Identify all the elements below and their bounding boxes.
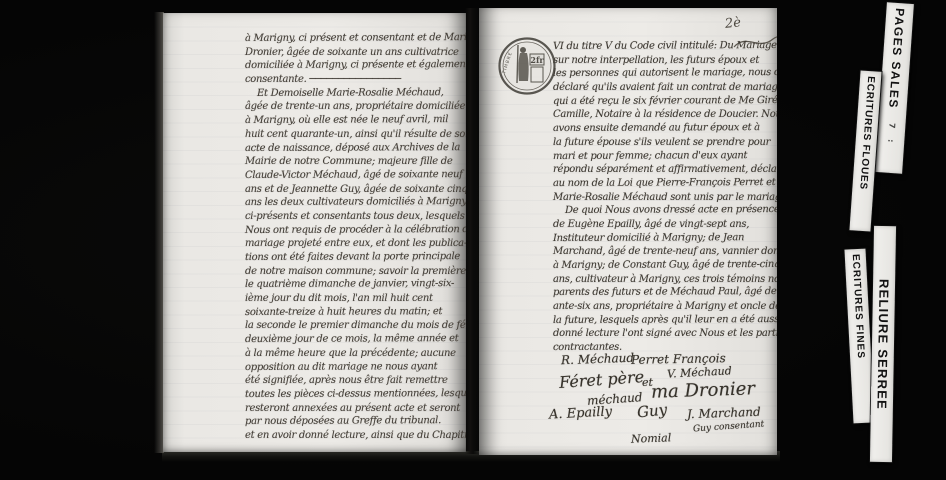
- manuscript-line: qui a été reçu le six février courant de…: [553, 95, 777, 110]
- left-page-text: à Marigny, ci présent et consentant et d…: [245, 33, 466, 444]
- manuscript-line: ans les deux cultivateurs domiciliés à M…: [245, 196, 466, 211]
- manuscript-line: la future, lesquels après qu'il leur en …: [553, 314, 777, 329]
- manuscript-line: tions ont été faites devant la porte pri…: [245, 251, 466, 266]
- tab-ecritures-fines: ECRITURES FINES: [844, 249, 874, 424]
- manuscript-line: huit cent quarante-un, ainsi qu'il résul…: [245, 129, 466, 143]
- manuscript-line: déclaré qu'ils avaient fait un contrat d…: [553, 82, 777, 96]
- signature: ma Dronier: [651, 378, 756, 403]
- manuscript-line: la seconde le premier dimanche du mois d…: [245, 320, 466, 334]
- manuscript-line: Nous ont requis de procéder à la célébra…: [245, 224, 466, 239]
- manuscript-line: par nous déposées au Greffe du tribunal.: [245, 415, 466, 430]
- manuscript-line: été signifiée, après nous être fait reme…: [245, 375, 466, 389]
- manuscript-line: à Marigny, où elle est née le neuf avril…: [245, 114, 466, 129]
- manuscript-line: parents des futurs et de Méchaud Paul, â…: [553, 286, 777, 301]
- manuscript-line: donné lecture l'ont signé avec Nous et l…: [553, 328, 777, 342]
- left-page: à Marigny, ci présent et consentant et d…: [163, 13, 466, 452]
- manuscript-line: Marchand, âgé de trente-neuf ans, vannie…: [553, 246, 777, 260]
- signature: Nomial: [631, 431, 672, 445]
- manuscript-line: ci-présents et consentants tous deux, le…: [245, 211, 466, 225]
- manuscript-line: Mairie de notre Commune; majeure fille d…: [245, 156, 466, 170]
- signature: Guy consentant: [693, 420, 765, 435]
- manuscript-line: ante-six ans, propriétaire à Marigny et …: [553, 301, 777, 315]
- tab-reliure-serree: RELIURE SERREE: [870, 226, 896, 462]
- manuscript-line: mari et pour femme; chacun d'eux ayant: [553, 150, 777, 165]
- manuscript-line: à Marigny; de Constant Guy, âgé de trent…: [553, 259, 777, 274]
- manuscript-line: consentante. ────────────────: [245, 74, 466, 88]
- manuscript-line: mariage projeté entre eux, et dont les p…: [245, 238, 466, 252]
- manuscript-line: Et Demoiselle Marie-Rosalie Méchaud,: [245, 87, 466, 102]
- signature: A. Epailly: [549, 404, 613, 422]
- manuscript-line: au nom de la Loi que Pierre-François Per…: [553, 177, 777, 192]
- manuscript-line: deuxième jour de ce mois, la même année …: [245, 333, 466, 348]
- manuscript-line: soixante-treize à huit heures du matin; …: [245, 306, 466, 321]
- tab-pages-sales-label: PAGES SALES: [886, 3, 907, 110]
- signature: Guy: [636, 400, 668, 421]
- manuscript-line: acte de naissance, déposé aux Archives d…: [245, 142, 466, 157]
- manuscript-line: VI du titre V du Code civil intitulé: Du…: [553, 40, 777, 55]
- manuscript-line: à la même heure que la précédente; aucun…: [245, 348, 466, 362]
- manuscript-line: opposition au dit mariage ne nous ayant: [245, 361, 466, 376]
- manuscript-line: avons ensuite demandé au futur époux et …: [553, 122, 777, 137]
- manuscript-line: les personnes qui autorisent le mariage,…: [553, 67, 777, 82]
- manuscript-line: toutes les pièces ci-dessus mentionnées,…: [245, 388, 466, 403]
- microfilm-frame: à Marigny, ci présent et consentant et d…: [0, 0, 946, 480]
- tab-pages-sales: PAGES SALES 7 :: [875, 2, 914, 173]
- manuscript-line: Claude-Victor Méchaud, âgé de soixante n…: [245, 169, 466, 184]
- manuscript-line: Camille, Notaire à la résidence de Douci…: [553, 109, 777, 123]
- signature: J. Marchand: [687, 405, 761, 422]
- manuscript-line: à Marigny, ci présent et consentant et d…: [245, 32, 466, 47]
- tab-ecritures-floues-label: ECRITURES FLOUES: [857, 71, 876, 190]
- manuscript-line: domiciliée à Marigny, ci présente et éga…: [245, 59, 466, 74]
- svg-text:2fr: 2fr: [530, 55, 544, 65]
- manuscript-line: et en avoir donné lecture, ainsi que du …: [245, 430, 466, 444]
- manuscript-line: De quoi Nous avons dressé acte en présen…: [553, 204, 777, 219]
- right-page: 2è 2fr TIMBRE VI du titre V du Code civi…: [479, 8, 777, 455]
- manuscript-line: Instituteur domicilié à Marigny; de Jean: [553, 232, 777, 247]
- manuscript-line: ième jour du dit mois, l'an mil huit cen…: [245, 293, 466, 307]
- tab-reliure-serree-label: RELIURE SERREE: [874, 278, 891, 409]
- signature: V. Méchaud: [667, 364, 732, 380]
- manuscript-line: le quatrième dimanche de janvier, vingt-…: [245, 278, 466, 293]
- manuscript-line: répondu séparément et affirmativement, d…: [553, 164, 777, 178]
- revenue-stamp-icon: 2fr TIMBRE: [497, 36, 557, 96]
- manuscript-line: de Eugène Epailly, âgé de vingt-sept ans…: [553, 219, 777, 233]
- tab-pages-sales-note: 7 :: [886, 109, 898, 147]
- manuscript-line: âgée de trente-un ans, propriétaire domi…: [245, 101, 466, 115]
- signature: R. Méchaud: [561, 351, 635, 368]
- signature: Féret père: [558, 367, 644, 392]
- right-page-text: VI du titre V du Code civil intitulé: Du…: [553, 41, 777, 356]
- book-gutter: [465, 8, 480, 454]
- tab-ecritures-fines-label: ECRITURES FINES: [849, 249, 866, 359]
- manuscript-line: la future épouse s'ils veulent se prendr…: [553, 137, 777, 151]
